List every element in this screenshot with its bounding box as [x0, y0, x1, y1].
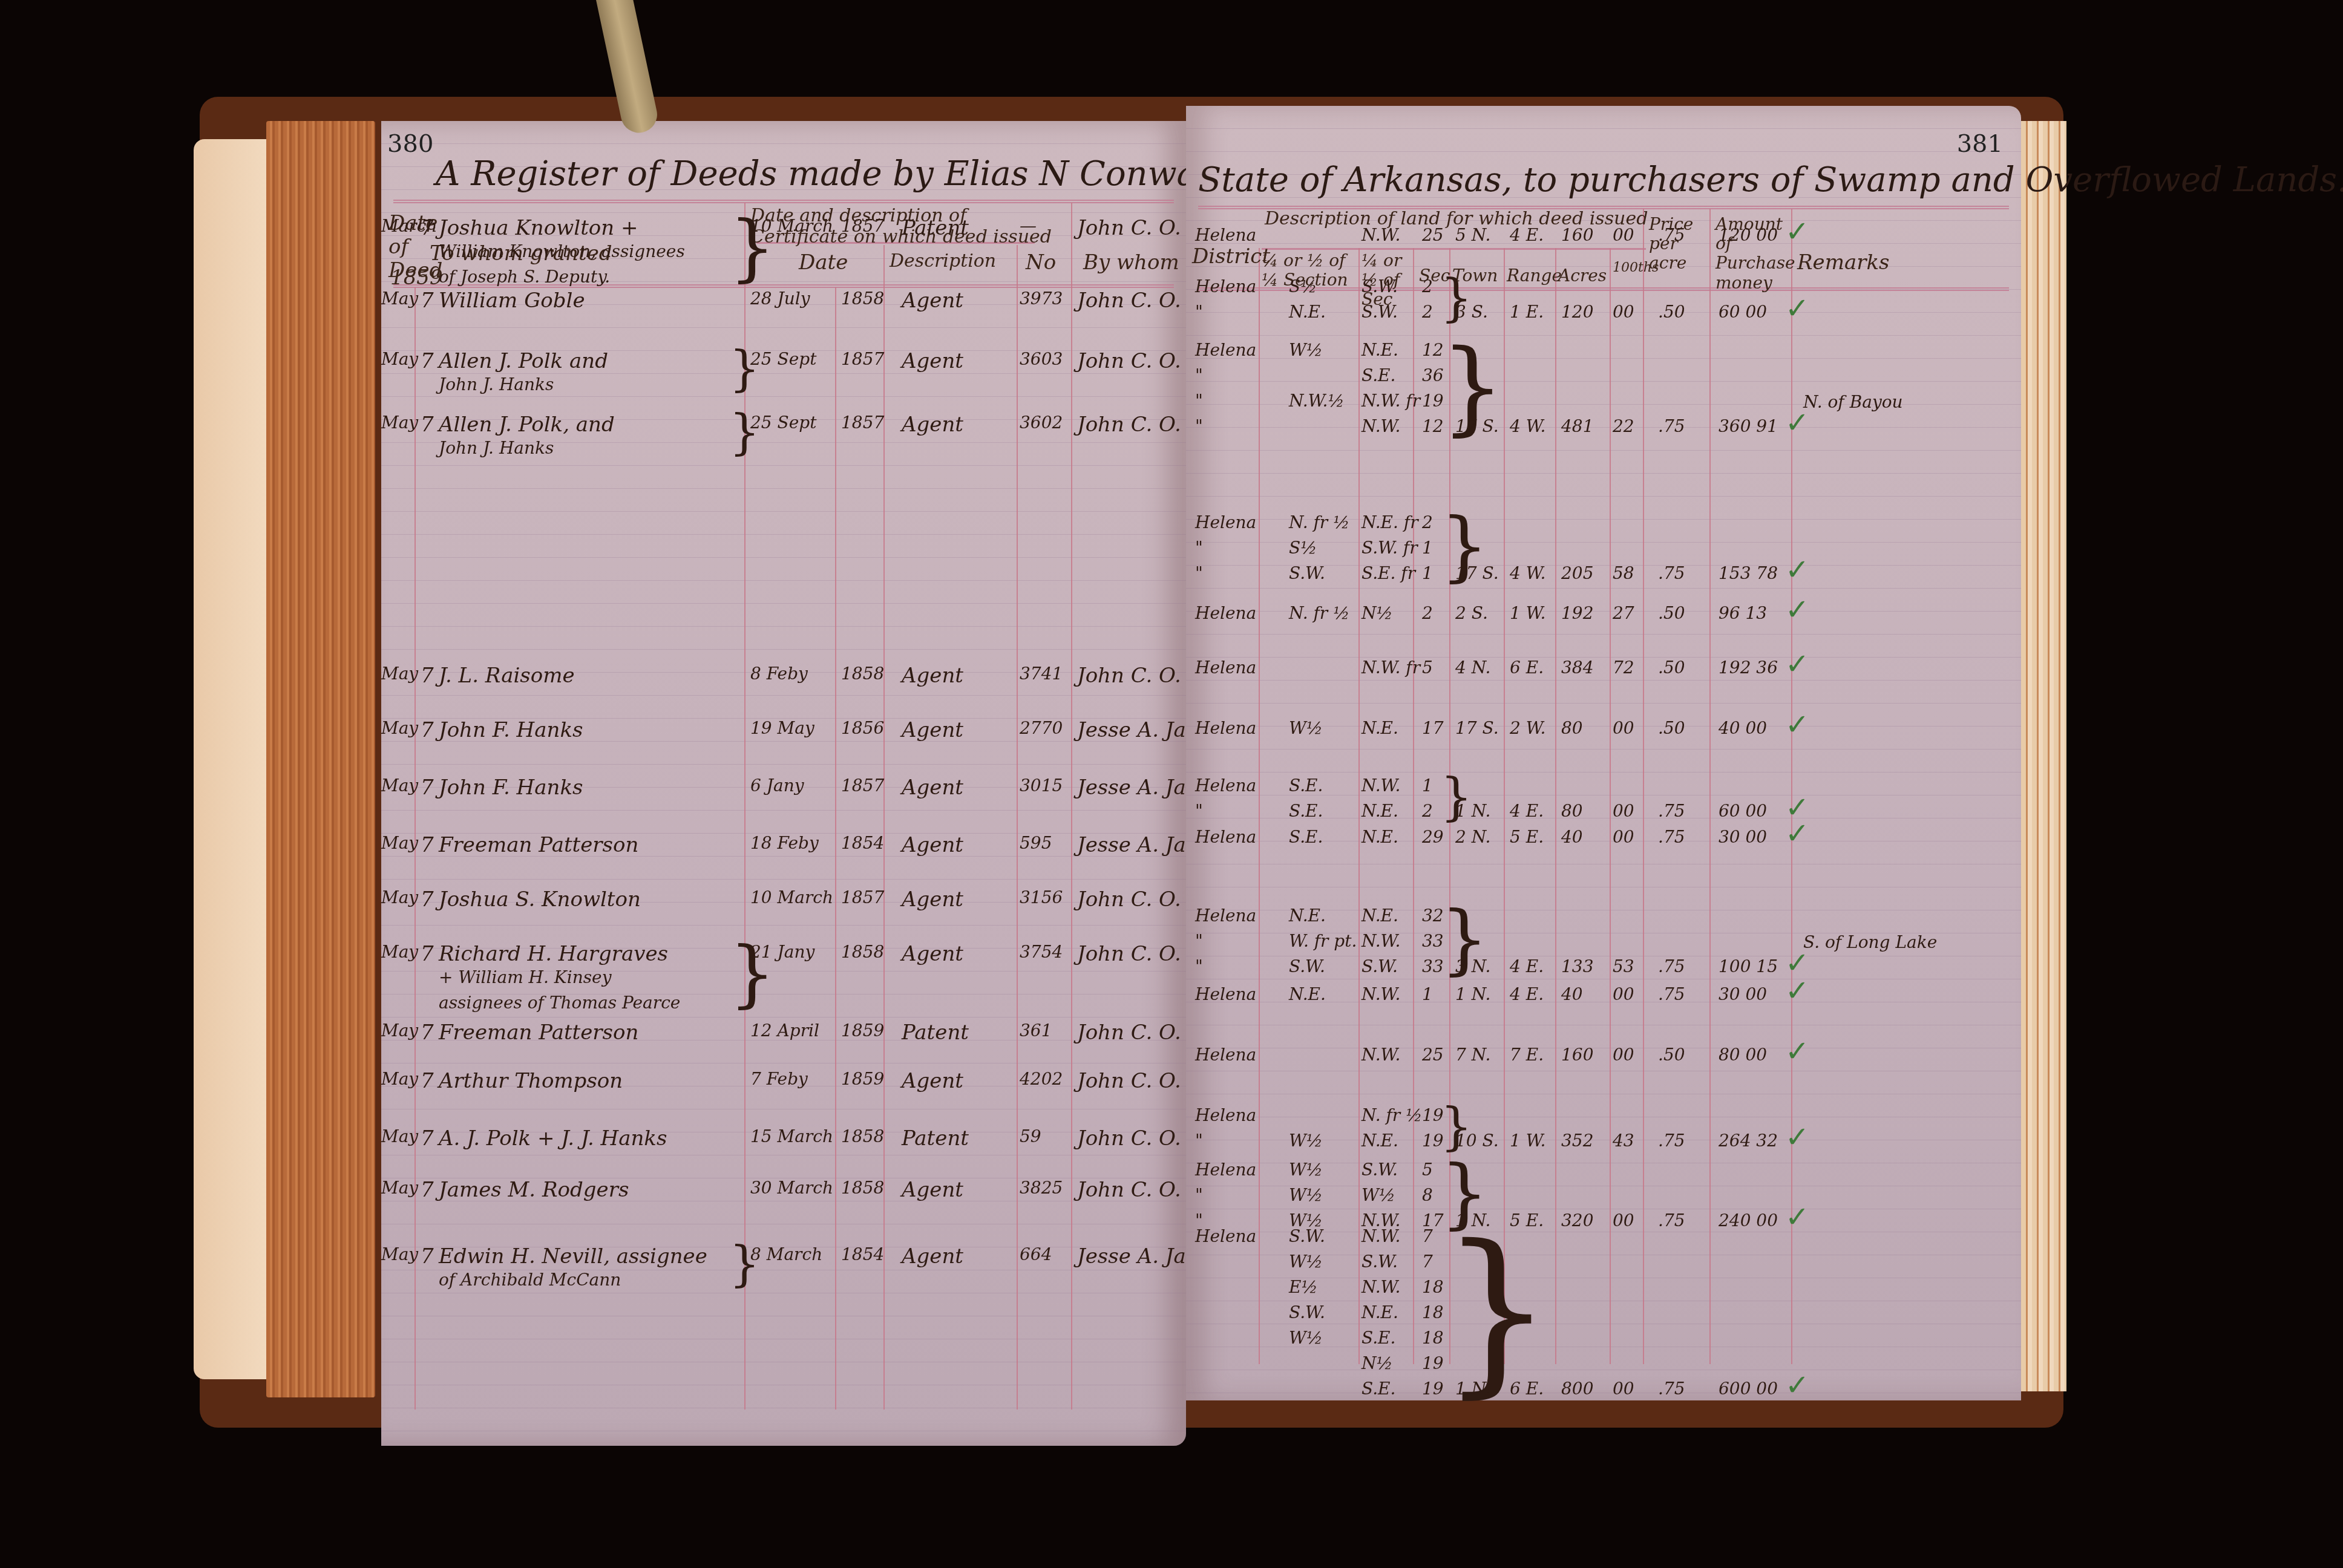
- purchase-amount: 96 13: [1719, 605, 1767, 622]
- header-range: Range: [1507, 266, 1562, 286]
- acres: 481: [1561, 418, 1593, 435]
- quarter-of-quarter: S.W.: [1289, 958, 1325, 975]
- grantee-name: John J. Hanks: [439, 440, 554, 457]
- price-per-acre: .75: [1658, 1212, 1685, 1229]
- deed-month: May: [381, 1128, 418, 1145]
- price-per-acre: .75: [1658, 803, 1685, 820]
- section: 2: [1422, 278, 1433, 295]
- cert-number: 3603: [1020, 351, 1063, 368]
- purchase-amount: 30 00: [1719, 986, 1767, 1003]
- remarks: S. of Long Lake: [1803, 934, 1937, 951]
- section: 2: [1422, 605, 1433, 622]
- township: 3 N.: [1455, 958, 1490, 975]
- range: 1 W.: [1510, 1132, 1546, 1149]
- cert-year: 1858: [841, 1180, 884, 1197]
- cert-date: 8 March: [750, 1246, 822, 1263]
- range: 4 E.: [1510, 227, 1544, 244]
- acres-hundredths: 00: [1613, 986, 1634, 1003]
- cert-year: 1857: [841, 889, 884, 906]
- checkmark-icon: ✓: [1785, 292, 1809, 325]
- cert-year: 1858: [841, 1128, 884, 1145]
- book-left-board: [194, 139, 278, 1379]
- acres-hundredths: 00: [1613, 720, 1634, 737]
- acres: 40: [1561, 829, 1583, 846]
- purchase-amount: 360 91: [1719, 418, 1778, 435]
- checkmark-icon: ✓: [1785, 215, 1809, 249]
- acres: 205: [1561, 565, 1593, 582]
- checkmark-icon: ✓: [1785, 1034, 1809, 1068]
- quarter: N½: [1362, 1355, 1393, 1372]
- cert-description: Agent: [902, 777, 963, 798]
- range: 2 W.: [1510, 720, 1546, 737]
- range: 4 E.: [1510, 803, 1544, 820]
- brace-icon: }: [1440, 1222, 1553, 1400]
- cert-number: 3973: [1020, 290, 1063, 307]
- cert-number: 3754: [1020, 944, 1063, 961]
- price-per-acre: .50: [1658, 720, 1685, 737]
- quarter: S.E.: [1362, 1330, 1395, 1347]
- cert-description: Patent: [902, 218, 969, 238]
- section: 25: [1422, 1047, 1444, 1063]
- quarter: N.W.: [1362, 933, 1400, 950]
- quarter-of-quarter: S.W.: [1289, 1228, 1325, 1245]
- header-no: No: [1026, 251, 1056, 275]
- quarter-of-quarter: E½: [1289, 1279, 1318, 1296]
- cert-date: 19 May: [750, 720, 814, 737]
- range: 4 W.: [1510, 418, 1546, 435]
- acres-hundredths: 00: [1613, 1047, 1634, 1063]
- deed-day: 7: [421, 1246, 434, 1267]
- quarter-of-quarter: S½: [1289, 278, 1317, 295]
- township: 2 S.: [1455, 605, 1488, 622]
- section: 1: [1422, 565, 1433, 582]
- header-date: Date: [799, 251, 848, 275]
- deed-month: May: [381, 351, 418, 368]
- quarter: N.E.: [1362, 342, 1398, 359]
- quarter: N.W.: [1362, 227, 1400, 244]
- purchase-amount: 40 00: [1719, 720, 1767, 737]
- quarter: S.W.: [1362, 278, 1398, 295]
- cert-year: 1858: [841, 665, 884, 682]
- section: 29: [1422, 829, 1444, 846]
- district: Helena: [1195, 1228, 1256, 1245]
- section: 1: [1422, 986, 1433, 1003]
- acres-hundredths: 72: [1613, 659, 1634, 676]
- cert-date: 28 July: [750, 290, 810, 307]
- township: 1 N.: [1455, 986, 1490, 1003]
- township: 3 S.: [1455, 304, 1488, 321]
- quarter-of-quarter: W½: [1289, 1132, 1323, 1149]
- quarter: W½: [1362, 1187, 1395, 1204]
- cert-number: 3825: [1020, 1180, 1063, 1197]
- register-title-right: State of Arkansas, to purchasers of Swam…: [1198, 160, 2343, 200]
- quarter: S.W.: [1362, 958, 1398, 975]
- checkmark-icon: ✓: [1785, 1200, 1809, 1234]
- district: Helena: [1195, 227, 1256, 244]
- range: 6 E.: [1510, 1380, 1544, 1397]
- deed-month: May: [381, 1022, 418, 1039]
- checkmark-icon: ✓: [1785, 1120, 1809, 1154]
- quarter: S.W.: [1362, 1253, 1398, 1270]
- acres: 133: [1561, 958, 1593, 975]
- deed-day: 7: [421, 889, 434, 910]
- cert-date: 15 March: [750, 1128, 833, 1145]
- acres: 320: [1561, 1212, 1593, 1229]
- range: 4 E.: [1510, 958, 1544, 975]
- deed-month: May: [381, 1071, 418, 1088]
- district: Helena: [1195, 605, 1256, 622]
- acres-hundredths: 43: [1613, 1132, 1634, 1149]
- acres-hundredths: 22: [1613, 418, 1634, 435]
- grantee-name: J. L. Raisome: [439, 665, 575, 686]
- cert-description: Patent: [902, 1128, 969, 1149]
- quarter: S.E.: [1362, 367, 1395, 384]
- page-edges-left: [266, 121, 375, 1397]
- acres-hundredths: 58: [1613, 565, 1634, 582]
- checkmark-icon: ✓: [1785, 647, 1809, 681]
- left-page-number: 380: [387, 130, 433, 158]
- cert-date: 7 Feby: [750, 1071, 808, 1088]
- quarter: N.E.: [1362, 803, 1398, 820]
- purchase-amount: 240 00: [1719, 1212, 1778, 1229]
- cert-year: 1858: [841, 290, 884, 307]
- district: Helena: [1195, 907, 1256, 924]
- district: ": [1195, 1132, 1203, 1149]
- district: ": [1195, 1187, 1203, 1204]
- acres-hundredths: 00: [1613, 304, 1634, 321]
- cert-number: 3015: [1020, 777, 1063, 794]
- price-per-acre: .75: [1658, 565, 1685, 582]
- right-page-number: 381: [1957, 130, 2003, 158]
- price-per-acre: .75: [1658, 829, 1685, 846]
- township: 2 N.: [1455, 829, 1490, 846]
- price-per-acre: .75: [1658, 986, 1685, 1003]
- range: 6 E.: [1510, 659, 1544, 676]
- grantee-name: Joshua S. Knowlton: [439, 889, 641, 910]
- cert-number: 3741: [1020, 665, 1063, 682]
- deed-day: 7: [421, 290, 434, 311]
- quarter: S.W.: [1362, 304, 1398, 321]
- cert-date: 25 Sept: [750, 351, 816, 368]
- header-acres: Acres: [1558, 266, 1607, 286]
- section: 7: [1422, 1228, 1433, 1245]
- quarter-of-quarter: W½: [1289, 1330, 1323, 1347]
- quarter-of-quarter: N.E.: [1289, 986, 1326, 1003]
- grantee-name: Richard H. Hargraves: [439, 944, 668, 964]
- township: 7 N.: [1455, 1047, 1490, 1063]
- section: 2: [1422, 803, 1433, 820]
- cert-number: 595: [1020, 835, 1052, 852]
- cert-date: 30 March: [750, 1180, 833, 1197]
- deed-month: May: [381, 665, 418, 682]
- right-page: 381 State of Arkansas, to purchasers of …: [1186, 106, 2021, 1400]
- quarter: N.E.: [1362, 1304, 1398, 1321]
- district: ": [1195, 393, 1203, 410]
- district: Helena: [1195, 278, 1256, 295]
- deed-month: May: [381, 720, 418, 737]
- quarter: N.W.: [1362, 986, 1400, 1003]
- district: Helena: [1195, 986, 1256, 1003]
- district: Helena: [1195, 1047, 1256, 1063]
- district: Helena: [1195, 720, 1256, 737]
- price-per-acre: .75: [1658, 227, 1685, 244]
- cert-date: 12 April: [750, 1022, 819, 1039]
- cert-number: 361: [1020, 1022, 1052, 1039]
- cert-description: Agent: [902, 290, 963, 311]
- purchase-amount: 153 78: [1719, 565, 1778, 582]
- cert-year: 1857: [841, 218, 884, 235]
- remarks: N. of Bayou: [1803, 394, 1903, 411]
- cert-number: —: [1020, 218, 1037, 235]
- district: Helena: [1195, 514, 1256, 531]
- quarter-of-quarter: S.W.: [1289, 1304, 1325, 1321]
- checkmark-icon: ✓: [1785, 593, 1809, 627]
- range: 1 W.: [1510, 605, 1546, 622]
- quarter: N. fr ½: [1362, 1107, 1422, 1124]
- grantee-name: John F. Hanks: [439, 777, 583, 798]
- acres-hundredths: 27: [1613, 605, 1634, 622]
- quarter-of-quarter: S½: [1289, 540, 1317, 557]
- section: 1: [1422, 777, 1433, 794]
- acres: 120: [1561, 304, 1593, 321]
- purchase-amount: 60 00: [1719, 803, 1767, 820]
- deed-month: May: [381, 414, 418, 431]
- quarter: S.E.: [1362, 1380, 1395, 1397]
- left-page: 380 A Register of Deeds made by Elias N …: [381, 121, 1186, 1446]
- checkmark-icon: ✓: [1785, 708, 1809, 742]
- township: 1 N.: [1455, 1380, 1490, 1397]
- cert-number: 664: [1020, 1246, 1052, 1263]
- deed-day: 7: [421, 218, 434, 238]
- purchase-amount: 60 00: [1719, 304, 1767, 321]
- acres: 80: [1561, 803, 1583, 820]
- cert-description: Agent: [902, 1246, 963, 1267]
- checkmark-icon: ✓: [1785, 817, 1809, 851]
- purchase-amount: 120 00: [1719, 227, 1778, 244]
- quarter: N.W.: [1362, 1047, 1400, 1063]
- district: Helena: [1195, 777, 1256, 794]
- header-district: District: [1192, 245, 1270, 269]
- deed-day: 7: [421, 720, 434, 740]
- quarter-of-quarter: N.W.½: [1289, 393, 1345, 410]
- quarter: N.W.: [1362, 418, 1400, 435]
- grantee-name: assignees of Thomas Pearce: [439, 995, 680, 1011]
- deed-month: May: [381, 290, 418, 307]
- acres-hundredths: 00: [1613, 227, 1634, 244]
- cert-number: 2770: [1020, 720, 1063, 737]
- grantee-name: John F. Hanks: [439, 720, 583, 740]
- grantee-name: + William H. Kinsey: [439, 969, 612, 986]
- purchase-amount: 80 00: [1719, 1047, 1767, 1063]
- grantee-name: Allen J. Polk and: [439, 351, 608, 371]
- district: Helena: [1195, 1161, 1256, 1178]
- district: ": [1195, 304, 1203, 321]
- acres: 160: [1561, 227, 1593, 244]
- cert-year: 1859: [841, 1022, 884, 1039]
- district: ": [1195, 803, 1203, 820]
- cert-description: Agent: [902, 414, 963, 435]
- quarter: S.W. fr: [1362, 540, 1418, 557]
- district: ": [1195, 418, 1203, 435]
- section: 8: [1422, 1187, 1433, 1204]
- grantee-name: Freeman Patterson: [439, 835, 638, 855]
- section: 17: [1422, 720, 1444, 737]
- district: ": [1195, 367, 1203, 384]
- deed-day: 7: [421, 1128, 434, 1149]
- grantee-name: of Joseph S. Deputy.: [439, 269, 610, 286]
- section: 2: [1422, 304, 1433, 321]
- acres: 192: [1561, 605, 1593, 622]
- acres: 384: [1561, 659, 1593, 676]
- cert-description: Patent: [902, 1022, 969, 1043]
- grantee-name: Allen J. Polk, and: [439, 414, 615, 435]
- township: 1 N.: [1455, 803, 1490, 820]
- acres-hundredths: 00: [1613, 829, 1634, 846]
- quarter: N½: [1362, 605, 1393, 622]
- deed-day: 7: [421, 1022, 434, 1043]
- quarter-of-quarter: N.E.: [1289, 304, 1326, 321]
- quarter: N.W.: [1362, 1279, 1400, 1296]
- deed-day: 7: [421, 835, 434, 855]
- cert-description: Agent: [902, 944, 963, 964]
- cert-year: 1857: [841, 777, 884, 794]
- cert-date: 18 Feby: [750, 835, 819, 852]
- cert-year: 1857: [841, 414, 884, 431]
- quarter: N.W. fr: [1362, 393, 1420, 410]
- quarter: N.W.: [1362, 777, 1400, 794]
- quarter-of-quarter: W. fr pt.: [1289, 933, 1357, 950]
- header-description: Description: [890, 251, 996, 272]
- cert-description: Agent: [902, 665, 963, 686]
- checkmark-icon: ✓: [1785, 974, 1809, 1008]
- township: 17 S.: [1455, 418, 1499, 435]
- cert-year: 1859: [841, 1071, 884, 1088]
- quarter: N.E. fr: [1362, 514, 1418, 531]
- quarter: S.E. fr: [1362, 565, 1415, 582]
- grantee-name: Joshua Knowlton +: [439, 218, 638, 238]
- quarter-of-quarter: S.E.: [1289, 777, 1323, 794]
- purchase-amount: 600 00: [1719, 1380, 1778, 1397]
- cert-description: Agent: [902, 889, 963, 910]
- district: ": [1195, 933, 1203, 950]
- quarter-of-quarter: W½: [1289, 1253, 1323, 1270]
- district: ": [1195, 958, 1203, 975]
- acres: 800: [1561, 1380, 1593, 1397]
- district: Helena: [1195, 1107, 1256, 1124]
- price-per-acre: .50: [1658, 1047, 1685, 1063]
- grantee-name: William Knowlton, assignees: [439, 243, 685, 260]
- cert-description: Agent: [902, 1180, 963, 1200]
- deed-month: May: [381, 835, 418, 852]
- cert-date: 6 Jany: [750, 777, 804, 794]
- cert-description: Agent: [902, 1071, 963, 1091]
- cert-year: 1854: [841, 835, 884, 852]
- range: 4 E.: [1510, 986, 1544, 1003]
- quarter-of-quarter: S.W.: [1289, 565, 1325, 582]
- section: 1: [1422, 540, 1433, 557]
- section: 2: [1422, 514, 1433, 531]
- deed-day: 7: [421, 944, 434, 964]
- acres-hundredths: 00: [1613, 1380, 1634, 1397]
- acres: 160: [1561, 1047, 1593, 1063]
- quarter-of-quarter: N.E.: [1289, 907, 1326, 924]
- cert-description: Agent: [902, 351, 963, 371]
- cert-description: Agent: [902, 835, 963, 855]
- checkmark-icon: ✓: [1785, 553, 1809, 587]
- price-per-acre: .50: [1658, 659, 1685, 676]
- deed-day: 7: [421, 665, 434, 686]
- purchase-amount: 192 36: [1719, 659, 1778, 676]
- price-per-acre: .75: [1658, 958, 1685, 975]
- cert-number: 4202: [1020, 1071, 1063, 1088]
- quarter-of-quarter: S.E.: [1289, 829, 1323, 846]
- quarter-of-quarter: N. fr ½: [1289, 514, 1349, 531]
- grantee-name: James M. Rodgers: [439, 1180, 629, 1200]
- cert-year: 1858: [841, 944, 884, 961]
- purchase-amount: 100 15: [1719, 958, 1778, 975]
- cert-number: 3156: [1020, 889, 1063, 906]
- cert-description: Agent: [902, 720, 963, 740]
- deed-month: May: [381, 944, 418, 961]
- section: 5: [1422, 1161, 1433, 1178]
- acres: 80: [1561, 720, 1583, 737]
- cert-number: 59: [1020, 1128, 1041, 1145]
- cert-date: 21 Jany: [750, 944, 814, 961]
- grantee-name: A. J. Polk + J. J. Hanks: [439, 1128, 667, 1149]
- grantee-name: Edwin H. Nevill, assignee: [439, 1246, 707, 1267]
- acres-hundredths: 00: [1613, 803, 1634, 820]
- acres-hundredths: 00: [1613, 1212, 1634, 1229]
- quarter-of-quarter: W½: [1289, 720, 1323, 737]
- cert-date: 10 March: [750, 218, 833, 235]
- district: ": [1195, 540, 1203, 557]
- township: 17 S.: [1455, 720, 1499, 737]
- deed-month: May: [381, 1246, 418, 1263]
- price-per-acre: .50: [1658, 304, 1685, 321]
- grantee-name: William Goble: [439, 290, 585, 311]
- quarter-of-quarter: S.E.: [1289, 803, 1323, 820]
- price-per-acre: .50: [1658, 605, 1685, 622]
- range: 4 W.: [1510, 565, 1546, 582]
- range: 5 E.: [1510, 829, 1544, 846]
- price-per-acre: .75: [1658, 1380, 1685, 1397]
- township: 4 N.: [1455, 659, 1490, 676]
- quarter-of-quarter: W½: [1289, 1161, 1323, 1178]
- acres: 40: [1561, 986, 1583, 1003]
- quarter: N.W.: [1362, 1228, 1400, 1245]
- header-year: 1859: [390, 266, 443, 290]
- district: Helena: [1195, 342, 1256, 359]
- range: 7 E.: [1510, 1047, 1544, 1063]
- township: 17 S.: [1455, 565, 1499, 582]
- deed-day: 7: [421, 414, 434, 435]
- quarter-of-quarter: W½: [1289, 342, 1323, 359]
- quarter: S.W.: [1362, 1161, 1398, 1178]
- township: 10 S.: [1455, 1132, 1499, 1149]
- quarter-of-quarter: W½: [1289, 1187, 1323, 1204]
- deed-day: 7: [421, 1071, 434, 1091]
- deed-day: 7: [421, 777, 434, 798]
- header-remarks: Remarks: [1797, 251, 1890, 275]
- quarter: N.E.: [1362, 1132, 1398, 1149]
- cert-date: 10 March: [750, 889, 833, 906]
- cert-year: 1854: [841, 1246, 884, 1263]
- price-per-acre: .75: [1658, 1132, 1685, 1149]
- cert-date: 25 Sept: [750, 414, 816, 431]
- deed-month: May: [381, 889, 418, 906]
- page-edges-right: [2021, 121, 2066, 1391]
- purchase-amount: 264 32: [1719, 1132, 1778, 1149]
